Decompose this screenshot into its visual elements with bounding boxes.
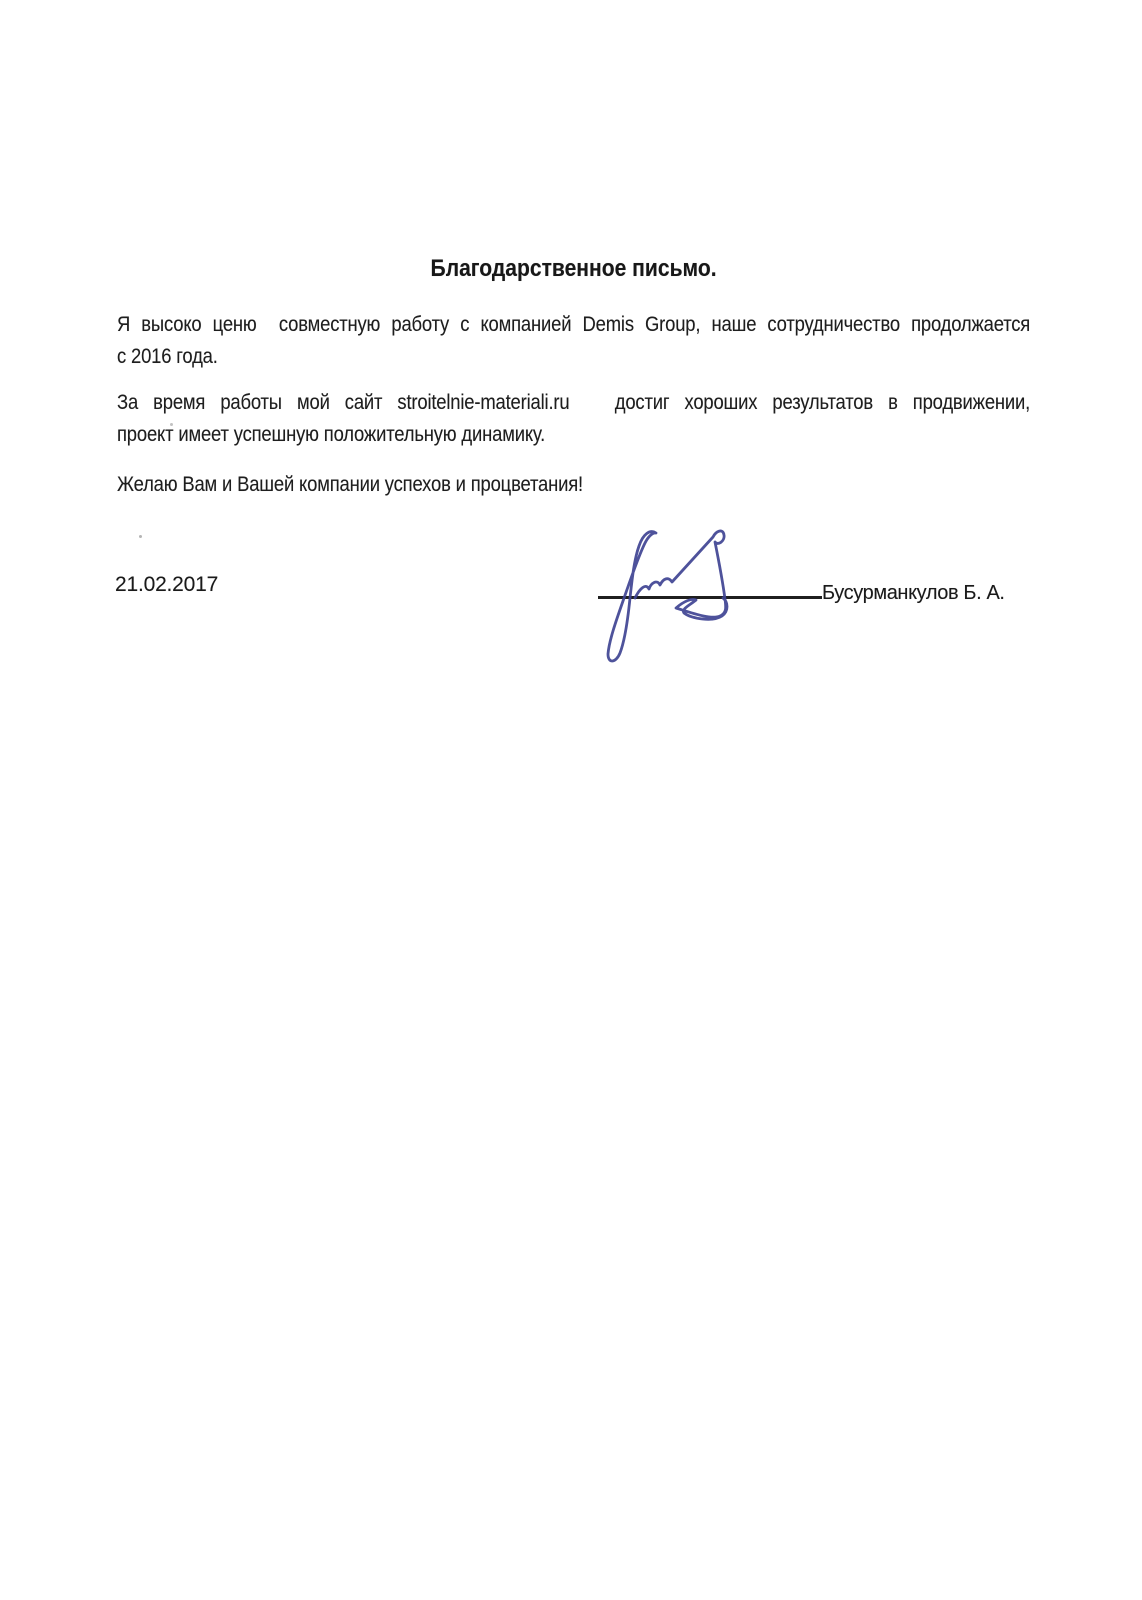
paragraph-2-line-1: За время работы мой сайт stroitelnie-mat… xyxy=(117,387,1030,419)
signature-stroke-loop xyxy=(608,532,656,661)
paragraph-3-line-1: Желаю Вам и Вашей компании успехов и про… xyxy=(117,469,1030,501)
signature-stroke-flourish xyxy=(635,531,727,619)
scan-artifact-dot xyxy=(139,535,142,538)
scan-artifact-dot xyxy=(170,423,173,426)
paragraph-1: Я высоко ценю совместную работу с компан… xyxy=(117,309,1030,373)
letter-date: 21.02.2017 xyxy=(115,569,218,601)
paragraph-1-line-2: с 2016 года. xyxy=(117,341,1030,373)
paragraph-2: За время работы мой сайт stroitelnie-mat… xyxy=(117,387,1030,451)
signature-handwriting-icon xyxy=(580,500,760,680)
signer-name: Бусурманкулов Б. А. xyxy=(822,580,1005,606)
letter-page: Благодарственное письмо. Я высоко ценю с… xyxy=(0,0,1142,1600)
letter-title: Благодарственное письмо. xyxy=(117,255,1030,283)
paragraph-1-line-1: Я высоко ценю совместную работу с компан… xyxy=(117,309,1030,341)
paragraph-2-line-2: проект имеет успешную положительную дина… xyxy=(117,419,1030,451)
paragraph-3: Желаю Вам и Вашей компании успехов и про… xyxy=(117,469,1030,501)
letter-body: Благодарственное письмо. Я высоко ценю с… xyxy=(117,0,1030,1600)
